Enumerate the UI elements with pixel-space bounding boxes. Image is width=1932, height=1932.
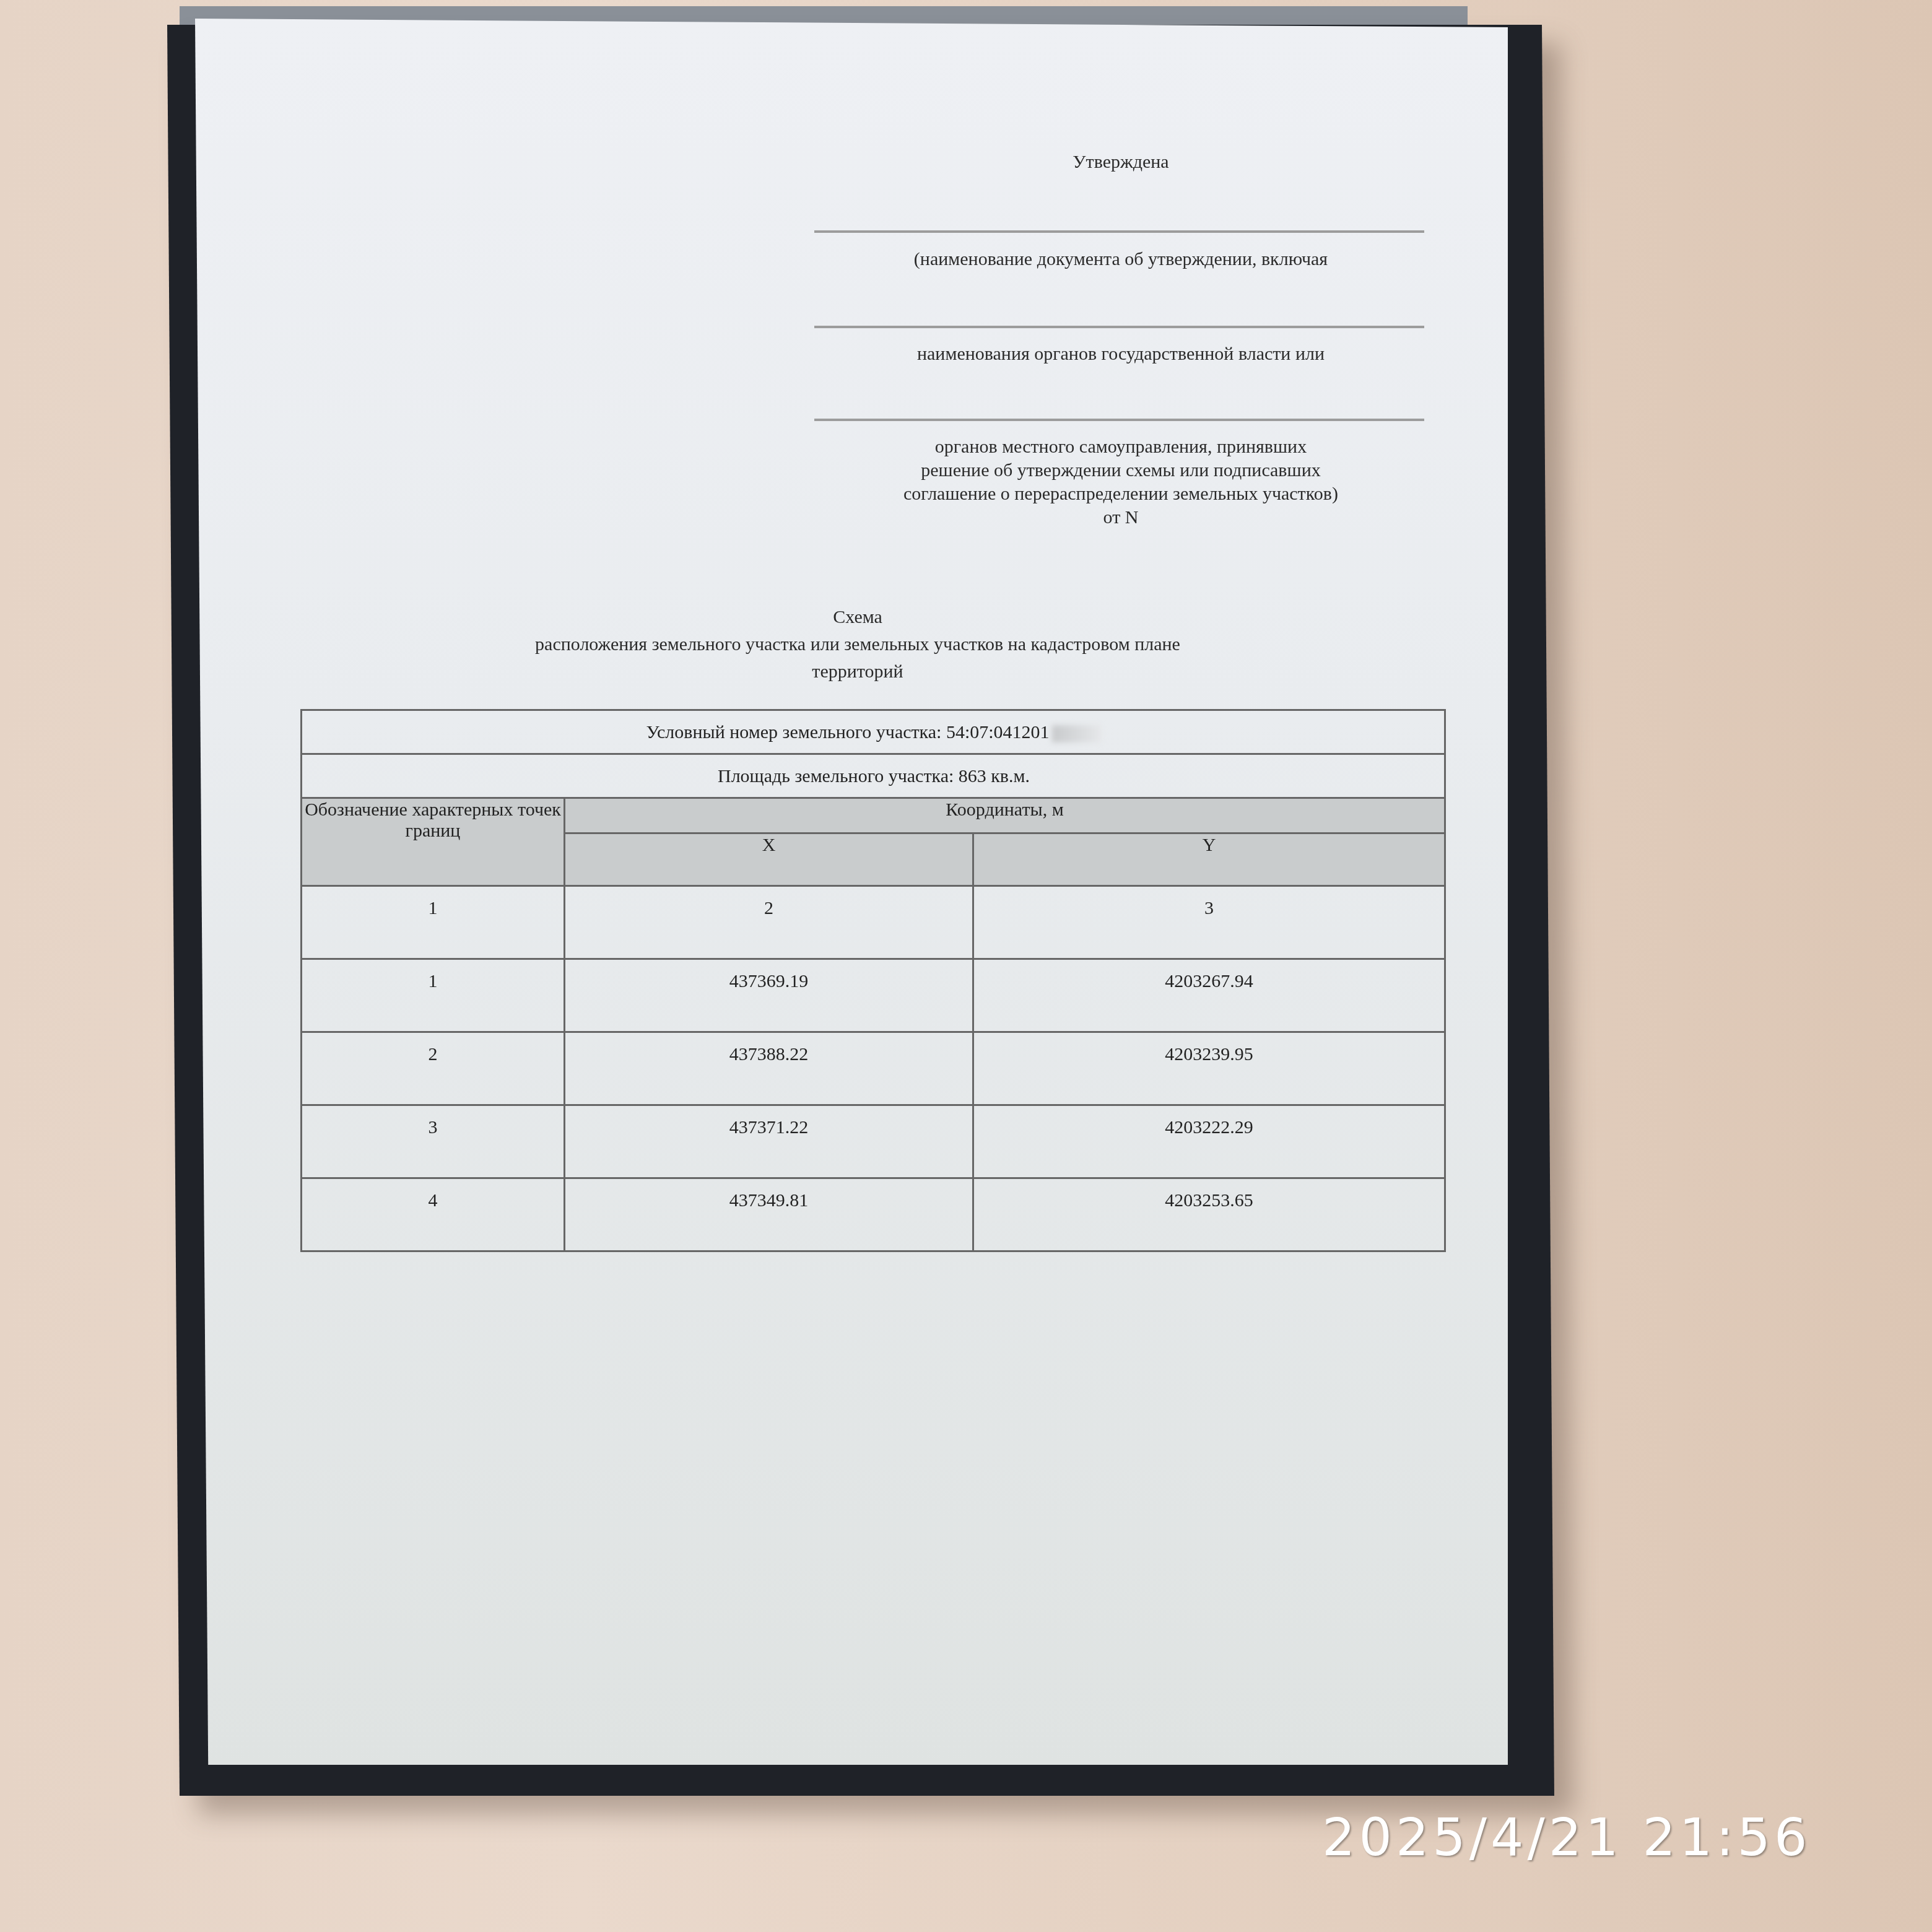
points-header: Обозначение характерных точек границ — [302, 798, 565, 886]
point-cell: 3 — [302, 1105, 565, 1178]
parcel-area: Площадь земельного участка: 863 кв.м. — [302, 754, 1445, 798]
table-cell: 3 — [973, 886, 1445, 959]
caption-line: соглашение о перераспределении земельных… — [811, 482, 1430, 506]
fill-line — [814, 326, 1424, 328]
x-cell: 437388.22 — [565, 1032, 973, 1105]
table-row: 1 437369.19 4203267.94 — [302, 959, 1445, 1032]
point-cell: 1 — [302, 959, 565, 1032]
approval-caption-1: (наименование документа об утверждении, … — [811, 248, 1430, 271]
caption-line: от N — [811, 506, 1430, 529]
table-row: 4 437349.81 4203253.65 — [302, 1178, 1445, 1251]
header-row: Обозначение характерных точек границ Коо… — [302, 798, 1445, 833]
y-cell: 4203267.94 — [973, 959, 1445, 1032]
caption-line: решение об утверждении схемы или подписа… — [811, 459, 1430, 482]
table-row: 3 437371.22 4203222.29 — [302, 1105, 1445, 1178]
fill-line — [814, 230, 1424, 233]
x-cell: 437349.81 — [565, 1178, 973, 1251]
x-cell: 437369.19 — [565, 959, 973, 1032]
approval-caption-2: наименования органов государственной вла… — [811, 342, 1430, 366]
title-line-3: территорий — [471, 658, 1245, 685]
y-cell: 4203253.65 — [973, 1178, 1445, 1251]
coordinates-table: Условный номер земельного участка: 54:07… — [300, 709, 1446, 1252]
title-line-1: Схема — [471, 604, 1245, 631]
y-header: Y — [973, 833, 1445, 886]
parcel-number-cell: Условный номер земельного участка: 54:07… — [302, 710, 1445, 754]
redacted-digits — [1052, 725, 1102, 742]
table-row: 2 437388.22 4203239.95 — [302, 1032, 1445, 1105]
caption-line: органов местного самоуправления, принявш… — [811, 435, 1430, 459]
table-cell: 1 — [302, 886, 565, 959]
approval-caption-3: органов местного самоуправления, принявш… — [811, 435, 1430, 529]
y-cell: 4203239.95 — [973, 1032, 1445, 1105]
title-line-2: расположения земельного участка или земе… — [471, 631, 1245, 658]
fill-line — [814, 419, 1424, 421]
coords-header: Координаты, м — [565, 798, 1445, 833]
point-cell: 2 — [302, 1032, 565, 1105]
approval-heading: Утверждена — [811, 150, 1430, 174]
column-number-row: 1 2 3 — [302, 886, 1445, 959]
parcel-number: Условный номер земельного участка: 54:07… — [646, 722, 1049, 742]
y-cell: 4203222.29 — [973, 1105, 1445, 1178]
x-cell: 437371.22 — [565, 1105, 973, 1178]
x-header: X — [565, 833, 973, 886]
parcel-number-row: Условный номер земельного участка: 54:07… — [302, 710, 1445, 754]
photo-timestamp: 2025/4/21 21:56 — [1322, 1807, 1811, 1868]
point-cell: 4 — [302, 1178, 565, 1251]
document-title: Схема расположения земельного участка ил… — [471, 604, 1245, 685]
table-cell: 2 — [565, 886, 973, 959]
parcel-area-row: Площадь земельного участка: 863 кв.м. — [302, 754, 1445, 798]
